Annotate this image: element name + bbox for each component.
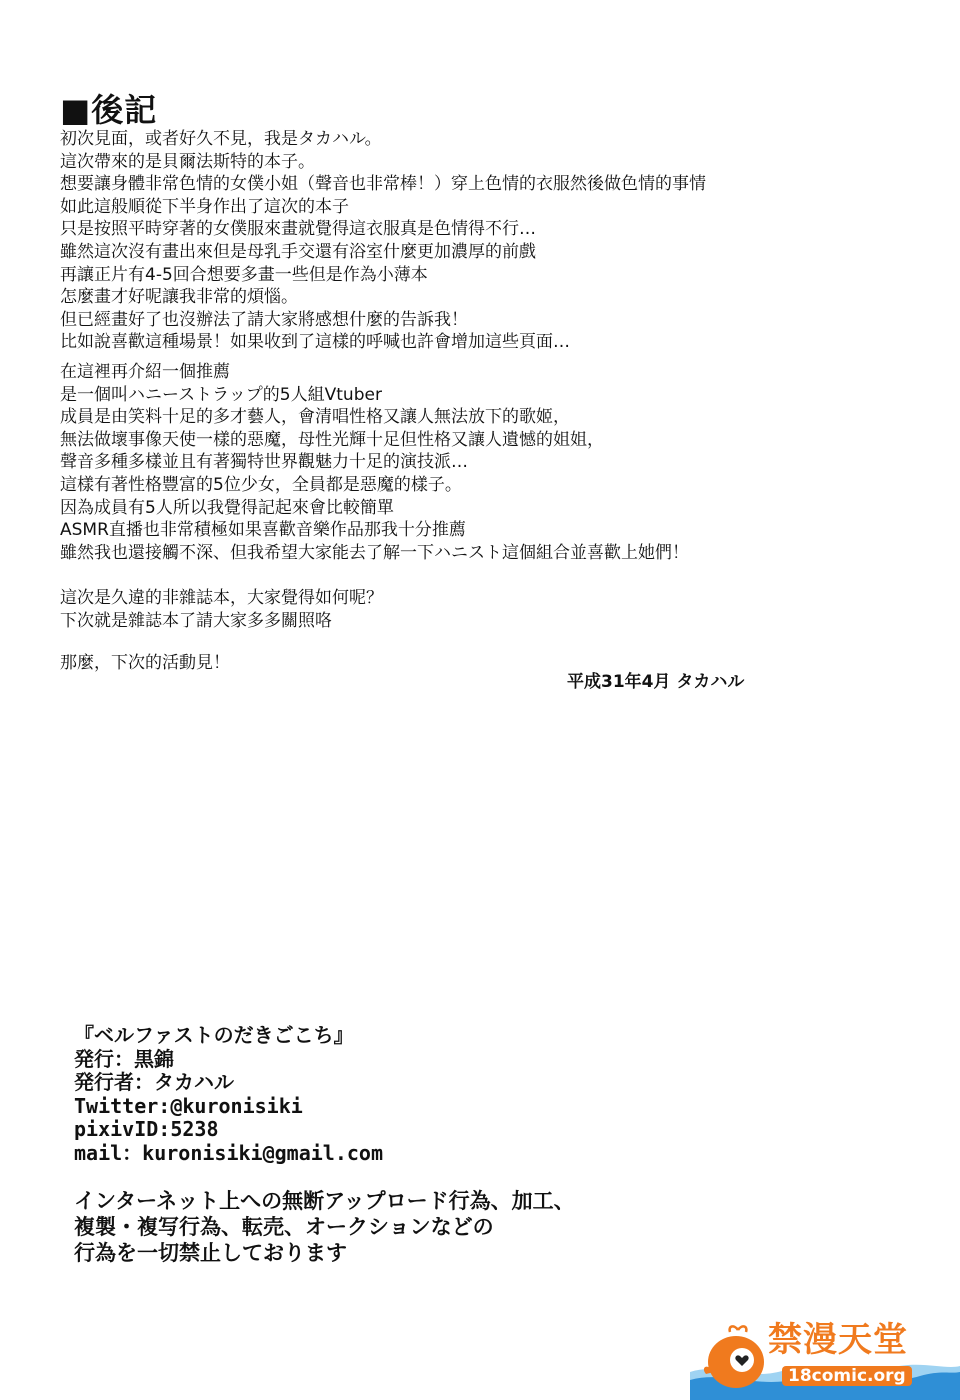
- text-line: 只是按照平時穿著的女僕服來畫就覺得這衣服真是色情得不行…: [60, 218, 706, 241]
- text-line: 初次見面，或者好久不見，我是タカハル。: [60, 128, 706, 151]
- text-line: 這次是久違的非雜誌本，大家覺得如何呢？: [60, 587, 383, 610]
- text-line: 成員是由笑料十足的多才藝人，會清唱性格又讓人無法放下的歌姬，: [60, 406, 689, 429]
- text-line: ASMR直播也非常積極如果喜歡音樂作品那我十分推薦: [60, 519, 689, 542]
- pixiv-id: pixivID:5238: [74, 1118, 383, 1142]
- text-line: 怎麼畫才好呢讓我非常的煩惱。: [60, 286, 706, 309]
- afterword-paragraph-recommendation: 在這裡再介紹一個推薦 是一個叫ハニーストラップ的5人組Vtuber 成員是由笑料…: [60, 361, 689, 564]
- text-line: 想要讓身體非常色情的女僕小姐（聲音也非常棒！）穿上色情的衣服然後做色情的事情: [60, 173, 706, 196]
- text-line: 因為成員有5人所以我覺得記起來會比較簡單: [60, 497, 689, 520]
- text-line: インターネット上への無断アップロード行為、加工、: [74, 1188, 575, 1214]
- afterword-heading: ■後記: [60, 92, 157, 128]
- twitter-handle: Twitter:@kuronisiki: [74, 1095, 383, 1119]
- afterword-paragraph-intro: 初次見面，或者好久不見，我是タカハル。 這次帶來的是貝爾法斯特的本子。 想要讓身…: [60, 128, 706, 354]
- text-line: 但已經畫好了也沒辦法了請大家將感想什麼的告訴我！: [60, 309, 706, 332]
- site-watermark: 禁漫天堂 18comic.org: [690, 1310, 960, 1400]
- signature: 平成31年4月 タカハル: [567, 670, 744, 694]
- book-title: 『ベルファストのだきごこち』: [74, 1024, 383, 1048]
- text-line: 那麼，下次的活動見！: [60, 652, 230, 675]
- text-line: 雖然我也還接觸不深、但我希望大家能去了解一下ハニスト這個組合並喜歡上她們！: [60, 542, 689, 565]
- colophon: 『ベルファストのだきごこち』 発行：黒錦 発行者：タカハル Twitter:@k…: [74, 1024, 383, 1165]
- text-line: 是一個叫ハニーストラップ的5人組Vtuber: [60, 384, 689, 407]
- afterword-paragraph-closing: 這次是久違的非雜誌本，大家覺得如何呢？ 下次就是雜誌本了請大家多多關照咯: [60, 587, 383, 632]
- text-line: 比如說喜歡這種場景！如果收到了這樣的呼喊也許會增加這些頁面…: [60, 331, 706, 354]
- afterword-paragraph-farewell: 那麼，下次的活動見！: [60, 652, 230, 675]
- publisher: 発行：黒錦: [74, 1048, 383, 1072]
- text-line: 這樣有著性格豐富的5位少女，全員都是惡魔的樣子。: [60, 474, 689, 497]
- text-line: 複製・複写行為、転売、オークションなどの: [74, 1214, 575, 1240]
- text-line: 在這裡再介紹一個推薦: [60, 361, 689, 384]
- text-line: 如此這般順從下半身作出了這次的本子: [60, 196, 706, 219]
- email: mail：kuronisiki@gmail.com: [74, 1142, 383, 1166]
- author: 発行者：タカハル: [74, 1071, 383, 1095]
- text-line: 再讓正片有4-5回合想要多畫一些但是作為小薄本: [60, 264, 706, 287]
- text-line: 聲音多種多樣並且有著獨特世界觀魅力十足的演技派…: [60, 451, 689, 474]
- watermark-url: 18comic.org: [782, 1366, 912, 1386]
- text-line: 這次帶來的是貝爾法斯特的本子。: [60, 151, 706, 174]
- text-line: 無法做壞事像天使一樣的惡魔，母性光輝十足但性格又讓人遺憾的姐姐，: [60, 429, 689, 452]
- copyright-notice: インターネット上への無断アップロード行為、加工、 複製・複写行為、転売、オークシ…: [74, 1188, 575, 1266]
- text-line: 雖然這次沒有畫出來但是母乳手交還有浴室什麼更加濃厚的前戲: [60, 241, 706, 264]
- text-line: 行為を一切禁止しております: [74, 1240, 575, 1266]
- text-line: 下次就是雜誌本了請大家多多關照咯: [60, 610, 383, 633]
- whale-mascot-icon: [700, 1322, 766, 1392]
- watermark-title: 禁漫天堂: [768, 1320, 908, 1360]
